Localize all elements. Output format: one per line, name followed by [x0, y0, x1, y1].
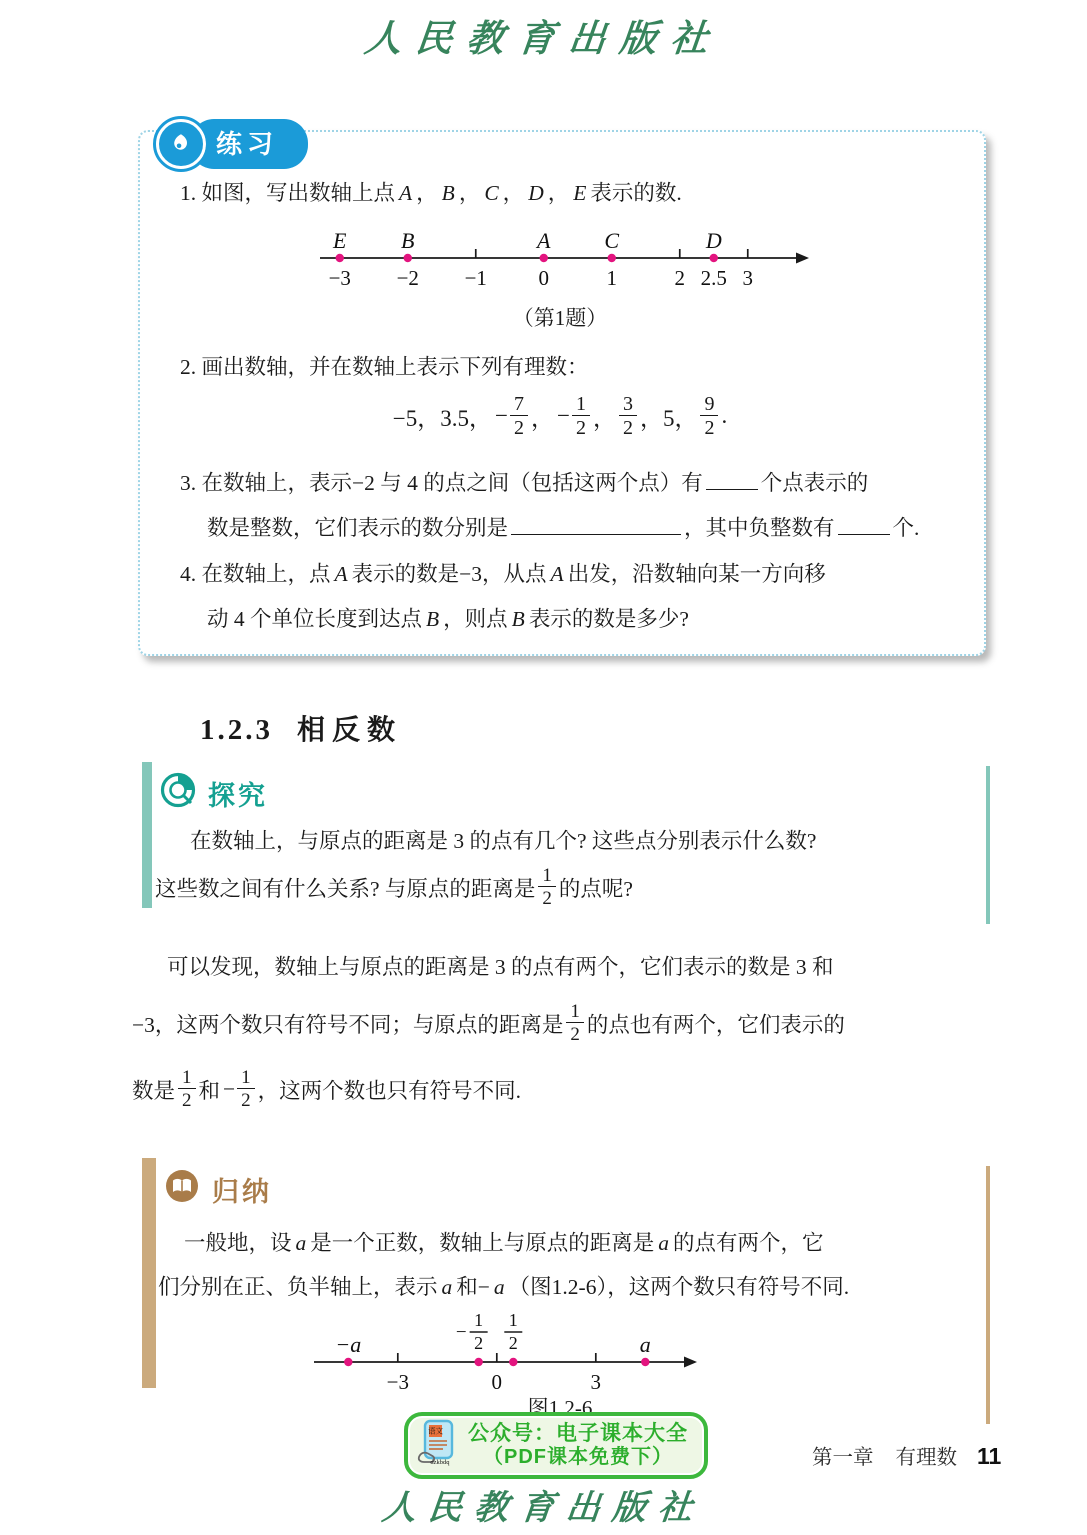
promo-badge[interactable]: 语文 dzkbdq 公众号：电子课本大全 （PDF课本免费下） [404, 1412, 708, 1479]
summary-line1: 一般地，设a是一个正数，数轴上与原点的距离是a的点有两个，它 [184, 1226, 824, 1257]
exercise-4-line1: 4. 在数轴上，点A表示的数是−3，从点A出发，沿数轴向某一方向移 [180, 557, 826, 588]
svg-text:2: 2 [474, 1333, 483, 1353]
textbook-page: 人民教育出版社 练习 1. 如图，写出数轴上点A，B，C，D，E表示的数. −3… [0, 0, 1087, 1535]
pen-icon [156, 119, 206, 169]
svg-text:3: 3 [591, 1370, 602, 1394]
section-number: 1.2.3 [200, 714, 273, 747]
svg-text:−1: −1 [465, 266, 487, 290]
publisher-logo-top: 人民教育出版社 [0, 8, 1087, 62]
footer-book-title: 有理数 [896, 1440, 958, 1470]
explore-label: 探究 [208, 774, 268, 813]
svg-text:3: 3 [743, 266, 754, 290]
svg-text:0: 0 [492, 1370, 503, 1394]
practice-badge: 练习 [156, 119, 308, 169]
summary-accent-bar-left [142, 1158, 156, 1388]
numberline-exercise-1: −3−2−10122.53EBACD [318, 222, 810, 303]
svg-text:a: a [640, 1332, 651, 1357]
explore-accent-bar-right [986, 766, 990, 924]
svg-text:−3: −3 [387, 1370, 409, 1394]
summary-line2: 们分别在正、负半轴上，表示a和−a（图1.2-6），这两个数只有符号不同. [158, 1270, 849, 1301]
explore-icon [158, 770, 198, 817]
exercise-4-line2: 动 4 个单位长度到达点B，则点B表示的数是多少? [207, 602, 689, 633]
svg-text:E: E [332, 228, 347, 253]
footer-page-number: 11 [977, 1443, 1001, 1470]
tablet-icon: 语文 dzkbdq [416, 1419, 458, 1472]
footer-chapter: 第一章 [812, 1440, 874, 1470]
paragraph-line1: 可以发现，数轴上与原点的距离是 3 的点有两个，它们表示的数是 3 和 [167, 950, 834, 981]
svg-text:2: 2 [509, 1333, 518, 1353]
svg-text:C: C [604, 228, 619, 253]
explore-line1: 在数轴上，与原点的距离是 3 的点有几个? 这些点分别表示什么数? [190, 824, 816, 855]
publisher-logo-bottom: 人民教育出版社 [0, 1480, 1087, 1529]
svg-text:D: D [705, 228, 722, 253]
summary-accent-bar-right [986, 1166, 990, 1424]
svg-text:A: A [535, 228, 551, 253]
promo-text: 公众号：电子课本大全 （PDF课本免费下） [468, 1422, 688, 1469]
svg-text:2: 2 [675, 266, 686, 290]
summary-header: 归纳 [162, 1166, 272, 1213]
svg-text:1: 1 [509, 1310, 518, 1330]
exercise-3-line2: 数是整数，它们表示的数分别是，其中负整数有个. [207, 511, 919, 542]
paragraph-line2: −3，这两个数只有符号不同；与原点的距离是12的点也有两个，它们表示的 [132, 994, 845, 1052]
summary-label: 归纳 [212, 1170, 272, 1209]
exercise-3-line1: 3. 在数轴上，表示−2 与 4 的点之间（包括这两个点）有个点表示的 [180, 466, 868, 497]
book-icon [162, 1166, 202, 1213]
numberline-figure-1-2-6: −303−a12−12a [312, 1300, 698, 1403]
promo-icon-title: 语文 [428, 1426, 443, 1436]
section-title: 相反数 [297, 708, 402, 748]
svg-text:−: − [456, 1322, 467, 1343]
svg-text:−2: −2 [397, 266, 419, 290]
exercise-2-text: 2. 画出数轴，并在数轴上表示下列有理数： [180, 350, 589, 381]
exercise-2-numbers: −5，3.5，−72，−12，32，5，92. [138, 386, 982, 446]
figure-caption-exercise-1: （第1题） [138, 302, 982, 332]
svg-text:1: 1 [474, 1310, 483, 1330]
svg-text:B: B [401, 228, 414, 253]
paragraph-line3: 数是12和−12，这两个数也只有符号不同. [132, 1060, 521, 1118]
svg-text:2.5: 2.5 [701, 266, 727, 290]
promo-icon-subtext: dzkbdq [430, 1459, 450, 1466]
practice-badge-label: 练习 [190, 119, 308, 169]
promo-line1: 公众号：电子课本大全 [468, 1422, 688, 1446]
explore-header: 探究 [158, 770, 268, 817]
svg-text:1: 1 [607, 266, 618, 290]
explore-accent-bar-left [142, 762, 152, 908]
svg-text:−3: −3 [329, 266, 351, 290]
exercise-1-text: 1. 如图，写出数轴上点A，B，C，D，E表示的数. [180, 176, 682, 207]
section-heading: 1.2.3 相反数 [200, 708, 402, 748]
svg-text:0: 0 [539, 266, 550, 290]
svg-text:−a: −a [335, 1332, 361, 1357]
promo-line2: （PDF课本免费下） [483, 1446, 673, 1469]
footer-info: 第一章 有理数 11 [812, 1440, 1001, 1470]
explore-line2: 这些数之间有什么关系? 与原点的距离是12的点呢? [155, 858, 633, 916]
